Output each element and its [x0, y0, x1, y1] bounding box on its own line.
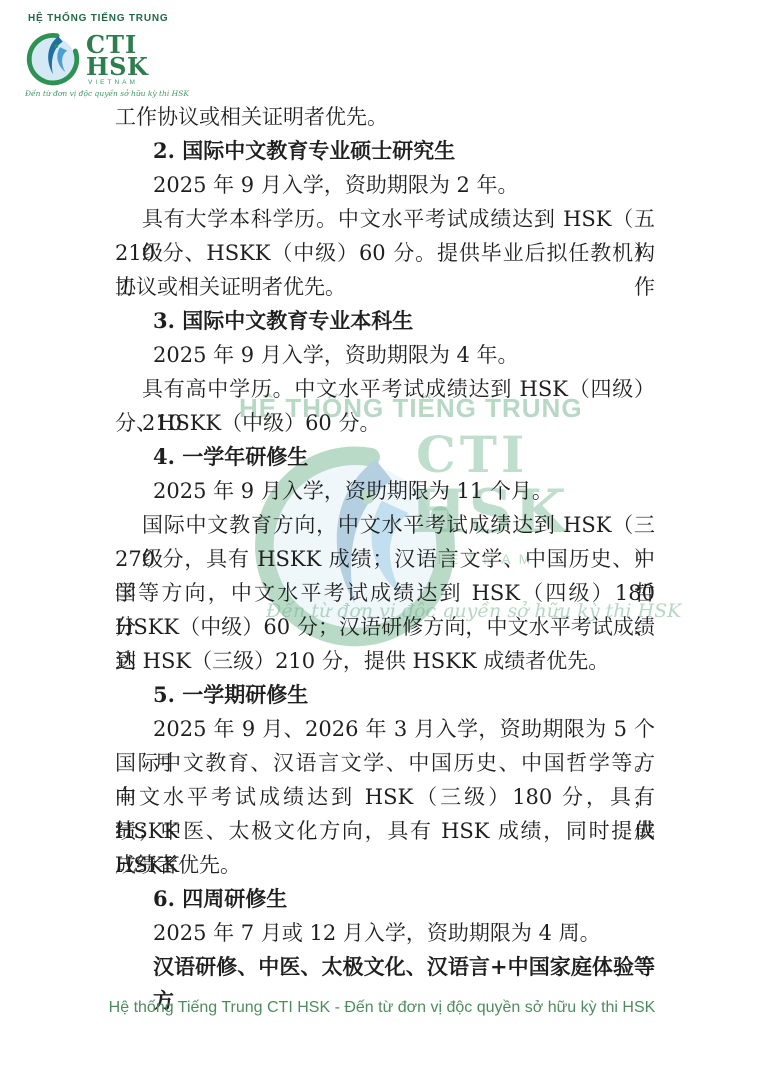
- cti-hsk-logo-icon: [26, 30, 80, 86]
- document-heading-line: 汉语研修、中医、太极文化、汉语言+中国家庭体验等方: [115, 950, 655, 984]
- document-text-line: 2025 年 7 月或 12 月入学，资助期限为 4 周。: [115, 916, 655, 950]
- document-heading-line: 6. 四周研修生: [115, 882, 655, 916]
- logo-vietnam-text: VIETNAM: [88, 79, 138, 86]
- brand-name-text: HỆ THỐNG TIẾNG TRUNG: [28, 13, 168, 24]
- document-text-line: 270 分，具有 HSKK 成绩；汉语言文学、中国历史、中国哲: [115, 542, 655, 576]
- document-text-line: 2025 年 9 月入学，资助期限为 2 年。: [115, 168, 655, 202]
- document-text-line: HSKK（中级）60 分；汉语研修方向，中文水平考试成绩达: [115, 610, 655, 644]
- document-text-line: 国际中文教育方向，中文水平考试成绩达到 HSK（三级）: [115, 508, 655, 542]
- document-heading-line: 5. 一学期研修生: [115, 678, 655, 712]
- document-lines: 工作协议或相关证明者优先。2. 国际中文教育专业硕士研究生2025 年 9 月入…: [115, 100, 655, 984]
- document-page: HỆ THỐNG TIẾNG TRUNG CTI HSK VIETNAM Đến…: [0, 0, 764, 1080]
- document-text-line: 绩；中医、太极文化方向，具有 HSK 成绩，同时提供 HSKK: [115, 814, 655, 848]
- document-text-line: 具有大学本科学历。中文水平考试成绩达到 HSK（五级）: [115, 202, 655, 236]
- document-text-line: 210 分、HSKK（中级）60 分。提供毕业后拟任教机构工作: [115, 236, 655, 270]
- document-text-line: 中文水平考试成绩达到 HSK（三级）180 分，具有 HSKK 成: [115, 780, 655, 814]
- document-heading-line: 2. 国际中文教育专业硕士研究生: [115, 134, 655, 168]
- document-heading-line: 3. 国际中文教育专业本科生: [115, 304, 655, 338]
- document-heading-line: 4. 一学年研修生: [115, 440, 655, 474]
- document-text-line: 国际中文教育、汉语言文学、中国历史、中国哲学等方向，: [115, 746, 655, 780]
- document-text-line: 到 HSK（三级）210 分，提供 HSKK 成绩者优先。: [115, 644, 655, 678]
- logo-hsk-text: HSK: [86, 55, 148, 79]
- document-text-line: 成绩者优先。: [115, 848, 655, 882]
- document-text-line: 工作协议或相关证明者优先。: [115, 100, 655, 134]
- document-text-line: 2025 年 9 月入学，资助期限为 11 个月。: [115, 474, 655, 508]
- document-text-line: 具有高中学历。中文水平考试成绩达到 HSK（四级）210: [115, 372, 655, 406]
- page-footer-text: Hệ thống Tiếng Trung CTI HSK - Đến từ đơ…: [0, 999, 764, 1017]
- document-text-line: 2025 年 9 月、2026 年 3 月入学，资助期限为 5 个月。: [115, 712, 655, 746]
- document-text-line: 2025 年 9 月入学，资助期限为 4 年。: [115, 338, 655, 372]
- header-tagline-text: Đến từ đơn vị độc quyền sở hữu kỳ thi HS…: [25, 89, 189, 98]
- document-text-line: 分、HSKK（中级）60 分。: [115, 406, 655, 440]
- document-text-line: 学等方向，中文水平考试成绩达到 HSK（四级）180 分、: [115, 576, 655, 610]
